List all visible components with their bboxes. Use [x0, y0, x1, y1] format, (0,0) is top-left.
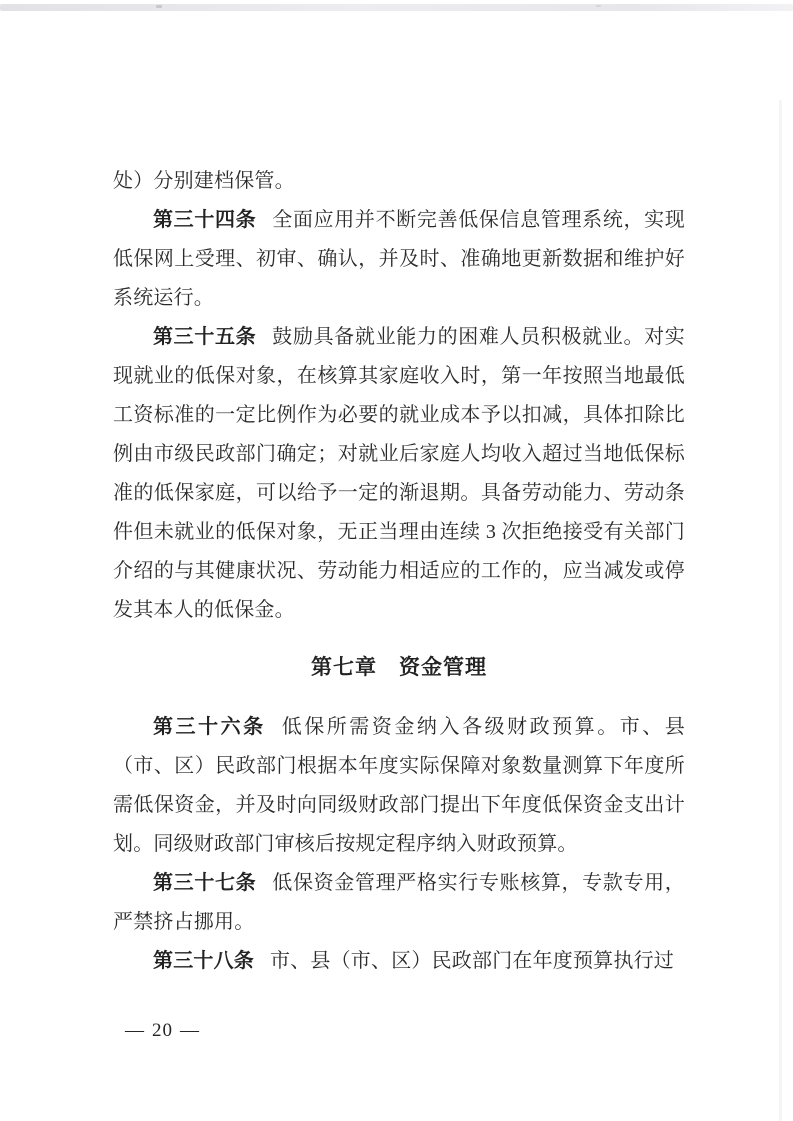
article-35-number: 第三十五条	[153, 326, 256, 348]
article-34-number: 第三十四条	[153, 209, 256, 231]
page-number-right-dash: —	[180, 1016, 200, 1046]
paragraph-article-35: 第三十五条鼓励具备就业能力的困难人员积极就业。对实现就业的低保对象，在核算其家庭…	[113, 318, 685, 630]
article-35-text: 鼓励具备就业能力的困难人员积极就业。对实现就业的低保对象，在核算其家庭收入时，第…	[113, 326, 685, 621]
document-body: 处）分别建档保管。 第三十四条全面应用并不断完善低保信息管理系统，实现低保网上受…	[113, 162, 685, 981]
article-38-text: 市、县（市、区）民政部门在年度预算执行过	[270, 950, 674, 972]
chapter-heading: 第七章 资金管理	[113, 648, 685, 687]
document-page: 处）分别建档保管。 第三十四条全面应用并不断完善低保信息管理系统，实现低保网上受…	[0, 0, 793, 1121]
paragraph-article-37: 第三十七条低保资金管理严格实行专账核算，专款专用，严禁挤占挪用。	[113, 864, 685, 942]
paragraph-article-36: 第三十六条低保所需资金纳入各级财政预算。市、县（市、区）民政部门根据本年度实际保…	[113, 708, 685, 864]
article-38-number: 第三十八条	[153, 950, 254, 972]
article-36-number: 第三十六条	[153, 716, 266, 738]
paragraph-continuation: 处）分别建档保管。	[113, 162, 685, 201]
paragraph-article-38: 第三十八条市、县（市、区）民政部门在年度预算执行过	[113, 942, 685, 981]
page-number-left-dash: —	[125, 1016, 145, 1046]
paragraph-article-34: 第三十四条全面应用并不断完善低保信息管理系统，实现低保网上受理、初审、确认，并及…	[113, 201, 685, 318]
page-number-value: 20	[152, 1020, 173, 1041]
scan-artifact-speck	[156, 5, 162, 8]
article-37-number: 第三十七条	[153, 872, 256, 894]
scan-artifact-top-band	[0, 4, 793, 11]
scan-artifact-right-edge	[779, 100, 782, 1121]
page-number: —20—	[118, 1016, 207, 1046]
scan-artifact-speck	[596, 5, 601, 7]
